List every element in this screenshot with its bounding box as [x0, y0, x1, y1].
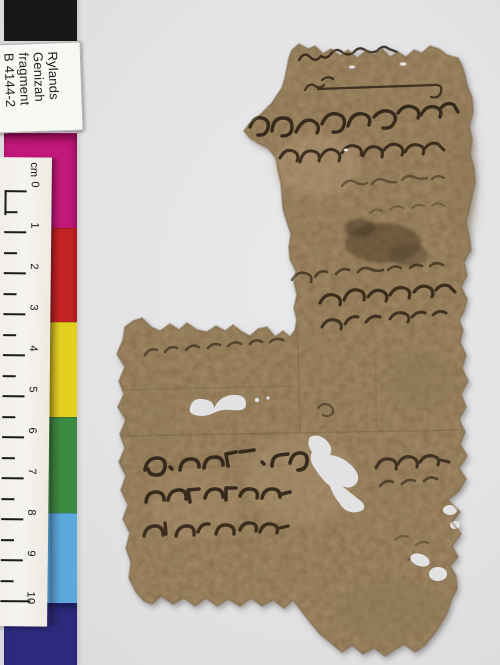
fragment-body	[117, 44, 476, 656]
photograph-stage: Rylands Genizah fragment B 4144-2 cm 012…	[0, 0, 500, 665]
manuscript-fragment	[0, 0, 500, 665]
